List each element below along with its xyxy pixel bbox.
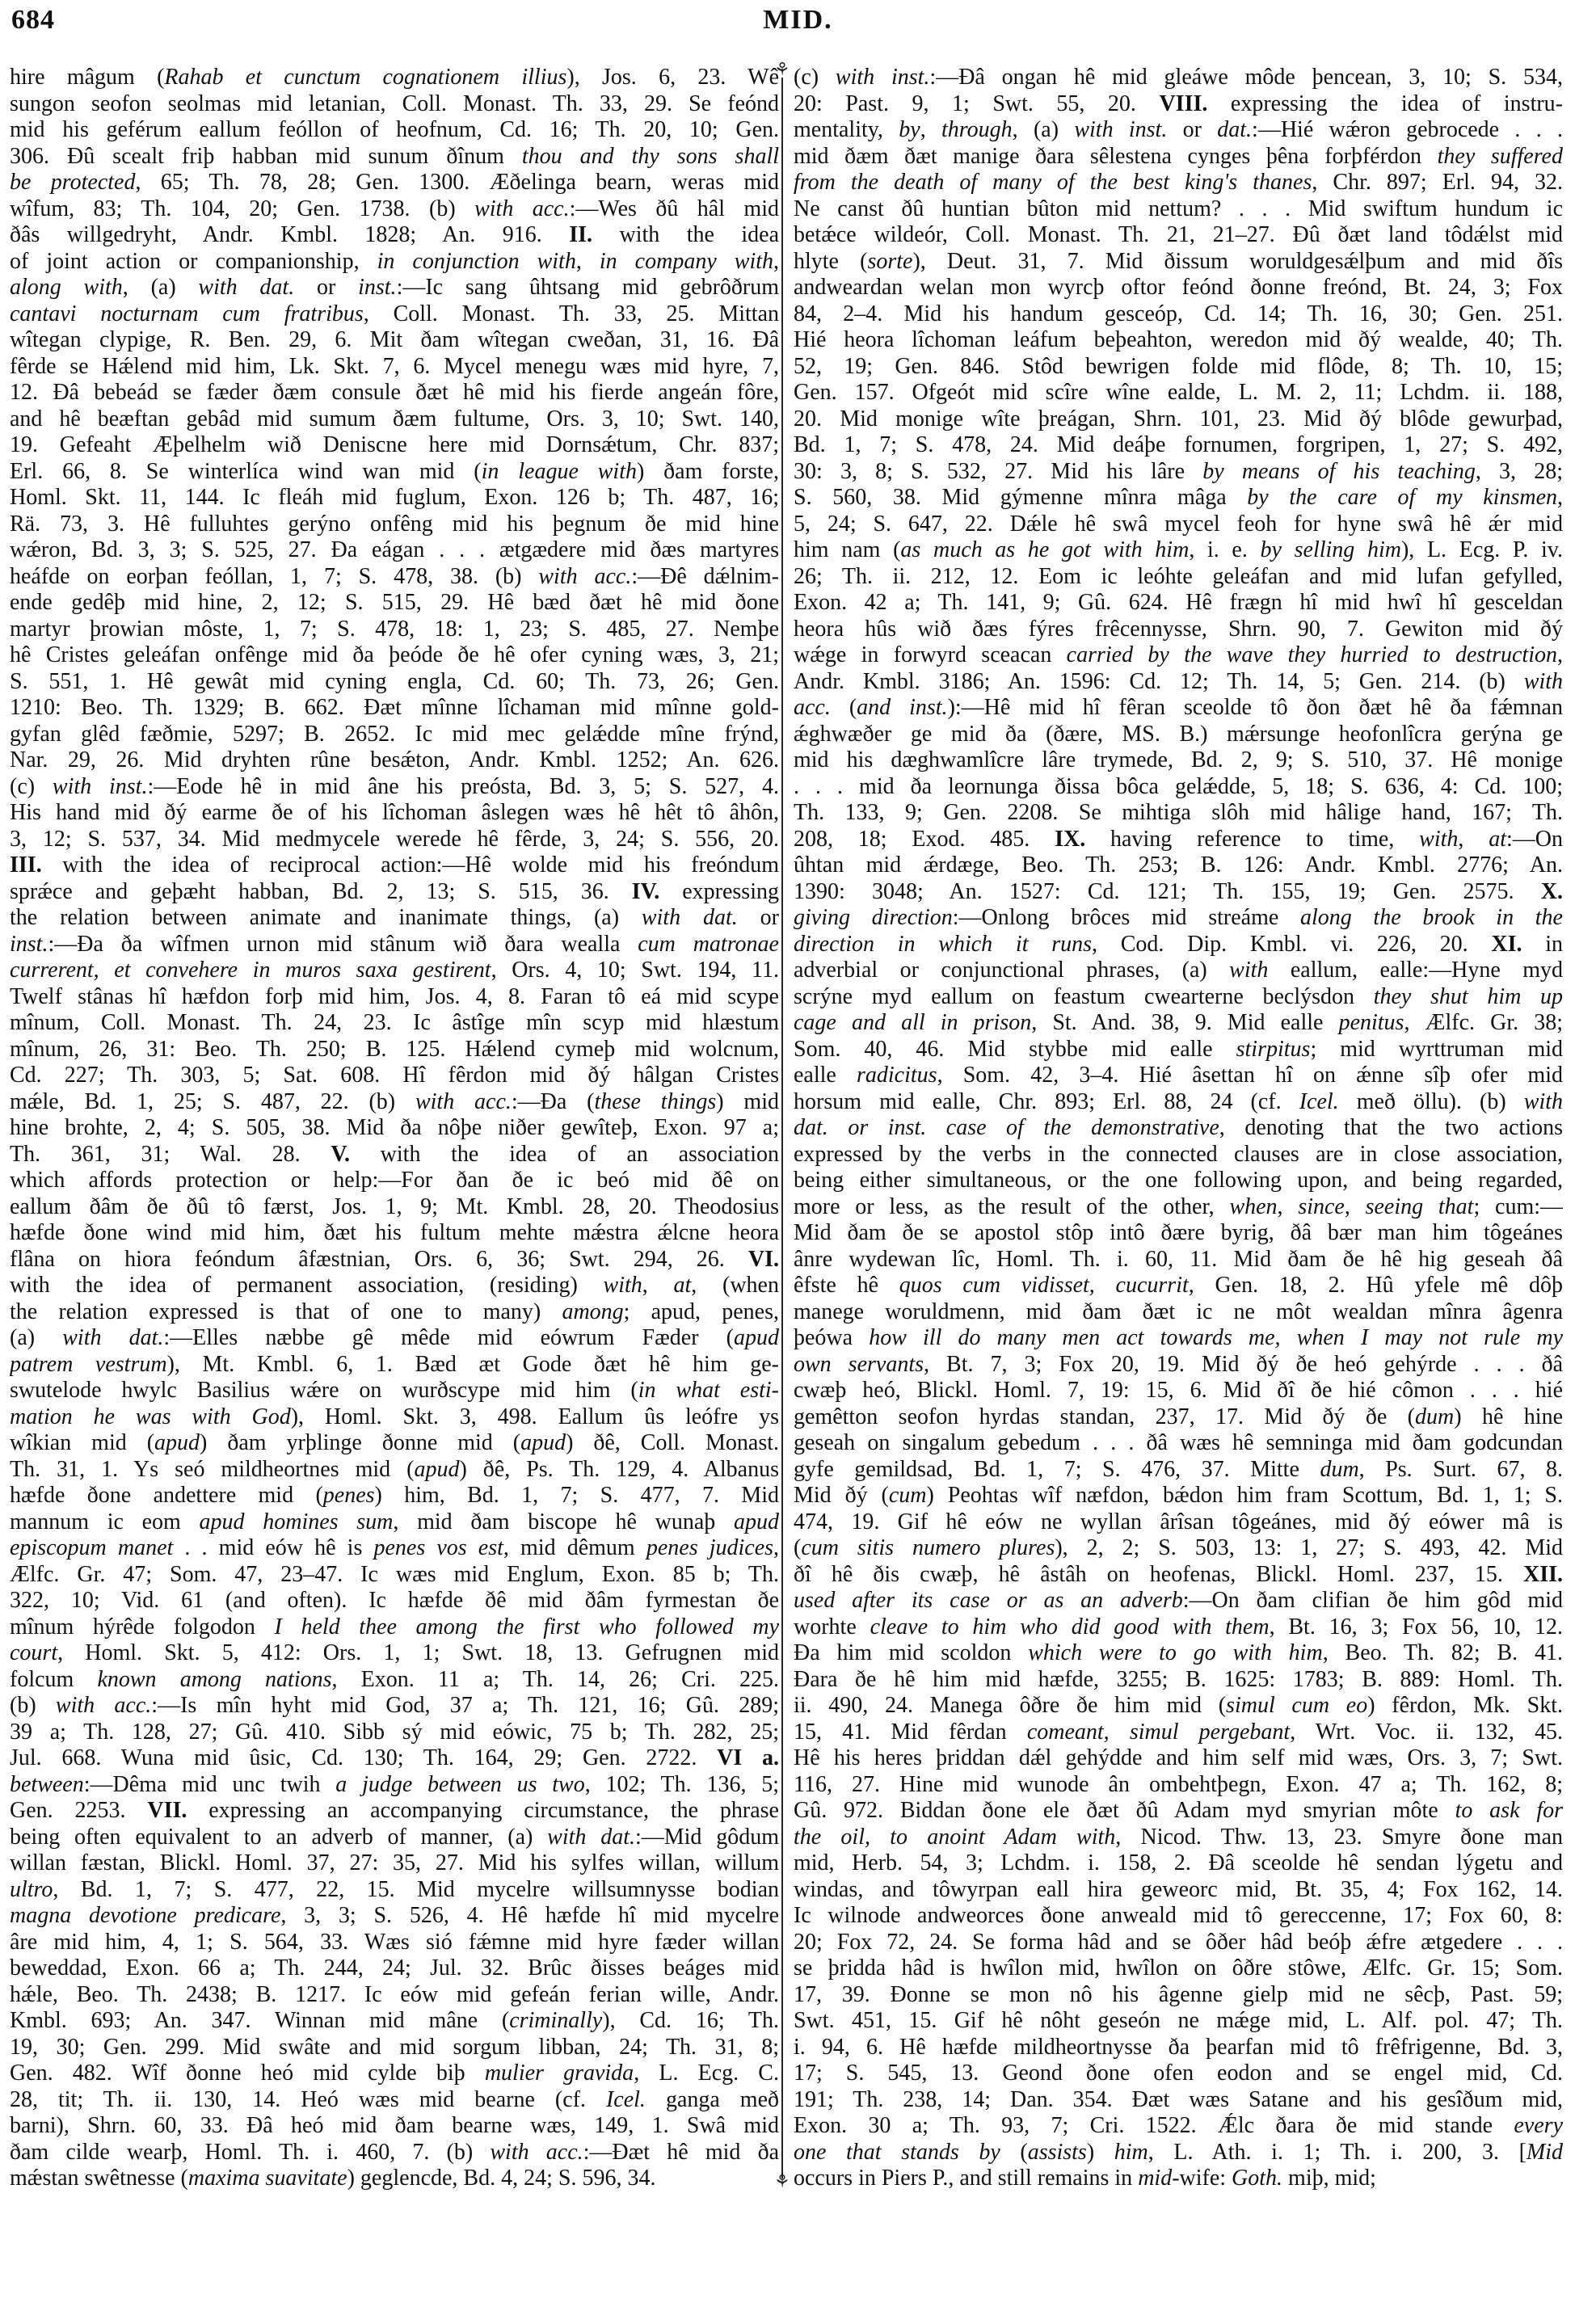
text-line: magna devotione predicare, 3, 3; S. 526,…: [10, 1903, 779, 1930]
text-line: the relation expressed is that of one to…: [10, 1299, 779, 1326]
text-line: hê Cristes geleáfan onfênge mid ða þeóde…: [10, 642, 779, 669]
text-line: ii. 490, 24. Manega ôðre ðe him mid (sim…: [794, 1693, 1563, 1720]
text-line: wîkian mid (apud) ðam yrþlinge ðonne mid…: [10, 1430, 779, 1457]
text-line: own servants, Bt. 7, 3; Fox 20, 19. Mid …: [794, 1352, 1563, 1379]
text-line: along with, (a) with dat. or inst.:—Ic s…: [10, 275, 779, 301]
running-head: MID.: [0, 5, 1596, 36]
text-line: occurs in Piers P., and still remains in…: [794, 2166, 1563, 2192]
text-line: 19, 30; Gen. 299. Mid swâte and mid sorg…: [10, 2035, 779, 2061]
text-line: beweddad, Exon. 66 a; Th. 244, 24; Jul. …: [10, 1955, 779, 1982]
text-line: sprǽce and geþæht habban, Bd. 2, 13; S. …: [10, 879, 779, 906]
text-line: mid his dæghwamlîcre lâre trymede, Bd. 2…: [794, 747, 1563, 774]
text-line: mid ðæm ðæt manige ðara sêlestena cynges…: [794, 144, 1563, 170]
text-line: manege woruldmenn, mid ðam ðæt ic ne môt…: [794, 1299, 1563, 1326]
text-line: direction in which it runs, Cod. Dip. Km…: [794, 932, 1563, 958]
text-line: ealle radicitus, Som. 42, 3–4. Hié âsett…: [794, 1063, 1563, 1089]
text-line: 30: 3, 8; S. 532, 27. Mid his lâre by me…: [794, 459, 1563, 486]
text-line: Hê his heres þriddan dǽl gehýdde and him…: [794, 1745, 1563, 1772]
text-line: mǽle, Bd. 1, 25; S. 487, 22. (b) with ac…: [10, 1089, 779, 1116]
column-divider: [781, 78, 783, 2178]
text-line: mînum, Coll. Monast. Th. 24, 23. Ic âstî…: [10, 1010, 779, 1037]
text-line: âre mid him, 4, 1; S. 564, 33. Wæs sió f…: [10, 1930, 779, 1956]
text-line: mid his geférum eallum feóllon of heofnu…: [10, 117, 779, 144]
text-line: wîtegan clypige, R. Ben. 29, 6. Mit ðam …: [10, 327, 779, 354]
text-line: Ne canst ðû huntian bûton mid nettum? . …: [794, 196, 1563, 223]
text-line: worhte cleave to him who did good with t…: [794, 1614, 1563, 1641]
text-line: Gen. 482. Wîf ðonne heó mid cylde biþ mu…: [10, 2061, 779, 2087]
text-line: 52, 19; Gen. 846. Stôd bewrigen folde mi…: [794, 354, 1563, 381]
text-line: betǽce wildeór, Coll. Monast. Th. 21, 21…: [794, 222, 1563, 249]
text-line: 1390: 3048; An. 1527: Cd. 121; Th. 155, …: [794, 879, 1563, 906]
text-line: Gû. 972. Biddan ðone ele ðæt ðû Adam myd…: [794, 1798, 1563, 1825]
text-line: 15, 41. Mid fêrdan comeant, simul pergeb…: [794, 1720, 1563, 1746]
text-line: dat. or inst. case of the demonstrative,…: [794, 1115, 1563, 1142]
text-line: martyr þrowian môste, 1, 7; S. 478, 18: …: [10, 617, 779, 643]
text-line: Ða him mid scoldon which were to go with…: [794, 1640, 1563, 1667]
text-line: Ðara ðe hê him mid hæfde, 3255; B. 1625:…: [794, 1667, 1563, 1694]
text-line: þeówa how ill do many men act towards me…: [794, 1325, 1563, 1352]
text-line: adverbial or conjunctional phrases, (a) …: [794, 958, 1563, 984]
text-line: 12. Ðâ bebeád se fæder ðæm consule ðæt h…: [10, 380, 779, 406]
text-line: i. 94, 6. Hê hæfde mildheortnysse ða þea…: [794, 2035, 1563, 2061]
text-line: Homl. Skt. 11, 144. Ic fleáh mid fuglum,…: [10, 485, 779, 511]
text-line: the relation between animate and inanima…: [10, 905, 779, 932]
text-line: ûhtan mid ǽrdæge, Beo. Th. 253; B. 126: …: [794, 852, 1563, 879]
text-line: wǽron, Bd. 3, 3; S. 525, 27. Ða eágan . …: [10, 537, 779, 564]
text-line: 28, tit; Th. ii. 130, 14. Heó wæs mid be…: [10, 2087, 779, 2114]
text-line: wîfum, 83; Th. 104, 20; Gen. 1738. (b) w…: [10, 196, 779, 223]
text-line: between:—Dêma mid unc twih a judge betwe…: [10, 1772, 779, 1799]
text-line: S. 551, 1. Hê gewât mid cyning engla, Cd…: [10, 669, 779, 696]
text-line: more or less, as the result of the other…: [794, 1194, 1563, 1221]
text-line: gyfe gemildsad, Bd. 1, 7; S. 476, 37. Mi…: [794, 1457, 1563, 1484]
text-line: Ic wilnode andweorces ðone anweald mid t…: [794, 1903, 1563, 1930]
text-line: Andr. Kmbl. 3186; An. 1596: Cd. 12; Th. …: [794, 669, 1563, 696]
text-line: hire mâgum (Rahab et cunctum cognationem…: [10, 65, 779, 91]
text-line: (c) with inst.:—Eode hê in mid âne his p…: [10, 774, 779, 801]
text-line: 116, 27. Hine mid wunode ân ombehtþegn, …: [794, 1772, 1563, 1799]
text-line: 20; Fox 72, 24. Se forma hâd and se ôðer…: [794, 1930, 1563, 1956]
text-line: with the idea of permanent association, …: [10, 1273, 779, 1299]
text-line: 39 a; Th. 128, 27; Gû. 410. Sibb sý mid …: [10, 1720, 779, 1746]
text-line: Som. 40, 46. Mid stybbe mid ealle stirpi…: [794, 1037, 1563, 1063]
text-line: ultro, Bd. 1, 7; S. 477, 22, 15. Mid myc…: [10, 1877, 779, 1904]
text-line: being either simultaneous, or the one fo…: [794, 1168, 1563, 1194]
text-line: His hand mid ðý earme ðe of his lîchoman…: [10, 800, 779, 827]
text-line: ðî hê ðis cwæþ, hê âstâh on heofenas, Bl…: [794, 1562, 1563, 1589]
text-line: S. 560, 38. Mid gýmenne mînra mâga by th…: [794, 485, 1563, 511]
text-line: heáfde on eorþan feóllan, 1, 7; S. 478, …: [10, 564, 779, 591]
text-line: patrem vestrum), Mt. Kmbl. 6, 1. Bæd æt …: [10, 1352, 779, 1379]
text-line: 5, 24; S. 647, 22. Dǽle hê swâ mycel feo…: [794, 511, 1563, 538]
text-line: Th. 133, 9; Gen. 2208. Se mihtiga slôh m…: [794, 800, 1563, 827]
text-line: andweardan welan mon wyrcþ oftor feónd ð…: [794, 275, 1563, 301]
text-line: cantavi nocturnam cum fratribus, Coll. M…: [10, 301, 779, 328]
text-line: be protected, 65; Th. 78, 28; Gen. 1300.…: [10, 170, 779, 196]
text-line: 1210: Beo. Th. 1329; B. 662. Ðæt mînne l…: [10, 695, 779, 722]
text-line: 17, 39. Ðonne se mon nô his âgenne gielp…: [794, 1982, 1563, 2009]
text-line: hæfde ðone andettere mid (penes) him, Bd…: [10, 1483, 779, 1509]
text-line: mǽstan swêtnesse (maxima suavitate) gegl…: [10, 2166, 779, 2192]
text-line: Th. 31, 1. Ys seó mildheortnes mid (apud…: [10, 1457, 779, 1484]
text-line: Mid ðý (cum) Peohtas wîf næfdon, bǽdon h…: [794, 1483, 1563, 1509]
text-line: ðam cilde wearþ, Homl. Th. i. 460, 7. (b…: [10, 2140, 779, 2166]
text-line: mid, Herb. 54, 3; Lchdm. i. 158, 2. Ðâ s…: [794, 1850, 1563, 1877]
text-line: mation he was with God), Homl. Skt. 3, 4…: [10, 1404, 779, 1431]
text-line: Gen. 157. Ofgeót mid scîre wîne ealde, L…: [794, 380, 1563, 406]
text-line: gemêtton seofon hyrdas standan, 237, 17.…: [794, 1404, 1563, 1431]
text-line: willan fæstan, Blickl. Homl. 37, 27: 35,…: [10, 1850, 779, 1877]
text-line: Twelf stânas hî hæfdon forþ mid him, Jos…: [10, 984, 779, 1011]
text-line: 26; Th. ii. 212, 12. Eom ic leóhte geleá…: [794, 564, 1563, 591]
text-line: windas, and tôwyrpan eall hira geweorc m…: [794, 1877, 1563, 1904]
text-line: ðâs willgedryht, Andr. Kmbl. 1828; An. 9…: [10, 222, 779, 249]
text-line: êfste hê quos cum vidisset, cucurrit, Ge…: [794, 1273, 1563, 1299]
text-line: being often equivalent to an adverb of m…: [10, 1825, 779, 1851]
text-line: wǽge in forwyrd sceacan carried by the w…: [794, 642, 1563, 669]
text-line: Gen. 2253. VII. expressing an accompanyi…: [10, 1798, 779, 1825]
text-line: Kmbl. 693; An. 347. Winnan mid mâne (cri…: [10, 2008, 779, 2035]
text-line: folcum known among nations, Exon. 11 a; …: [10, 1667, 779, 1694]
text-line: se þridda hâd is hwîlon mid, hwîlon on ô…: [794, 1955, 1563, 1982]
text-line: hlyte (sorte), Deut. 31, 7. Mid ðissum w…: [794, 249, 1563, 276]
ornament-bottom-icon: ⚘: [774, 2174, 790, 2191]
text-line: (a) with dat.:—Elles næbbe gê mêde mid e…: [10, 1325, 779, 1352]
text-line: swutelode hwylc Basilius wǽre on wurðscy…: [10, 1378, 779, 1404]
text-line: Exon. 42 a; Th. 141, 9; Gû. 624. Hê fræg…: [794, 590, 1563, 617]
text-line: Cd. 227; Th. 303, 5; Sat. 608. Hî fêrdon…: [10, 1063, 779, 1089]
text-line: 306. Ðû scealt friþ habban mid sunum ðîn…: [10, 144, 779, 170]
text-line: Nar. 29, 26. Mid dryhten rûne besǽton, A…: [10, 747, 779, 774]
text-line: sungon seofon seolmas mid letanian, Coll…: [10, 91, 779, 118]
text-line: Erl. 66, 8. Se winterlíca wind wan mid (…: [10, 459, 779, 486]
text-line: gyfan glêd fæðmie, 5297; B. 2652. Ic mid…: [10, 722, 779, 748]
text-line: 322, 10; Vid. 61 (and often). Ic hæfde ð…: [10, 1588, 779, 1614]
text-line: the oil, to anoint Adam with, Nicod. Thw…: [794, 1825, 1563, 1851]
text-line: expressed by the verbs in the connected …: [794, 1142, 1563, 1168]
text-line: mannum ic eom apud homines sum, mid ðam …: [10, 1509, 779, 1536]
text-line: currerent, et convehere in muros saxa ge…: [10, 958, 779, 984]
text-line: hæfde ðone wind mid him, ðæt his fultum …: [10, 1220, 779, 1247]
column-left: hire mâgum (Rahab et cunctum cognationem…: [10, 65, 779, 2192]
text-line: Th. 361, 31; Wal. 28. V. with the idea o…: [10, 1142, 779, 1168]
text-line: III. with the idea of reciprocal action:…: [10, 852, 779, 879]
text-line: Ælfc. Gr. 47; Som. 47, 23–47. Ic wæs mid…: [10, 1562, 779, 1589]
text-line: which affords protection or help:—For ða…: [10, 1168, 779, 1194]
text-line: Rä. 73, 3. Hê fulluhtes gerýno onfêng mi…: [10, 511, 779, 538]
text-line: him nam (as much as he got with him, i. …: [794, 537, 1563, 564]
text-line: 84, 2–4. Mid his handum gesceóp, Cd. 14;…: [794, 301, 1563, 328]
text-line: used after its case or as an adverb:—On …: [794, 1588, 1563, 1614]
text-line: Jul. 668. Wuna mid ûsic, Cd. 130; Th. 16…: [10, 1745, 779, 1772]
text-line: ende gedêþ mid hine, 2, 12; S. 515, 29. …: [10, 590, 779, 617]
text-line: 208, 18; Exod. 485. IX. having reference…: [794, 827, 1563, 853]
text-line: acc. (and inst.):—Hê mid hî fêran sceold…: [794, 695, 1563, 722]
text-line: court, Homl. Skt. 5, 412: Ors. 1, 1; Swt…: [10, 1640, 779, 1667]
text-line: 17; S. 545, 13. Geond ðone ofen eodon an…: [794, 2061, 1563, 2087]
text-line: 191; Th. 238, 14; Dan. 354. Ðæt wæs Sata…: [794, 2087, 1563, 2114]
text-line: cwæþ heó, Blickl. Homl. 7, 19: 15, 6. Mi…: [794, 1378, 1563, 1404]
text-line: fêrde se Hǽlend mid him, Lk. Skt. 7, 6. …: [10, 354, 779, 381]
text-line: episcopum manet . . mid eów hê is penes …: [10, 1535, 779, 1562]
text-line: geseah on singalum gebedum . . . ðâ wæs …: [794, 1430, 1563, 1457]
text-line: (cum sitis numero plures), 2, 2; S. 503,…: [794, 1535, 1563, 1562]
text-line: Bd. 1, 7; S. 478, 24. Mid deáþe fornumen…: [794, 432, 1563, 459]
text-line: mentality, by, through, (a) with inst. o…: [794, 117, 1563, 144]
text-line: Exon. 30 a; Th. 93, 7; Cri. 1522. Ǽlc ða…: [794, 2113, 1563, 2140]
text-line: mînum, 26, 31: Beo. Th. 250; B. 125. Hǽl…: [10, 1037, 779, 1063]
text-line: 19. Gefeaht Æþelhelm wið Deniscne here m…: [10, 432, 779, 459]
text-line: (c) with inst.:—Ðâ ongan hê mid gleáwe m…: [794, 65, 1563, 91]
text-line: flâna on hiora feóndum âfæstnian, Ors. 6…: [10, 1247, 779, 1273]
text-line: . . . mid ða leornunga ðissa bôca gelǽdd…: [794, 774, 1563, 801]
text-line: Swt. 451, 15. Gif hê nôht geseón ne mǽge…: [794, 2008, 1563, 2035]
text-line: ânre wydewan lîc, Homl. Th. i. 60, 11. M…: [794, 1247, 1563, 1273]
text-line: Hié heora lîchoman leáfum beþeahton, wer…: [794, 327, 1563, 354]
text-line: eallum ðâm ðe ðû tô færst, Jos. 1, 9; Mt…: [10, 1194, 779, 1221]
text-line: barni), Shrn. 60, 33. Ðâ heó mid ðam bea…: [10, 2113, 779, 2140]
text-line: Mid ðam ðe se apostol stôp intô ðære byr…: [794, 1220, 1563, 1247]
text-line: 20. Mid monige wîte þreágan, Shrn. 101, …: [794, 406, 1563, 433]
text-line: horsum mid ealle, Chr. 893; Erl. 88, 24 …: [794, 1089, 1563, 1116]
text-line: 474, 19. Gif hê eów ne wyllan ârîsan tôg…: [794, 1509, 1563, 1536]
text-line: 3, 12; S. 537, 34. Mid medmycele werede …: [10, 827, 779, 853]
text-line: scrýne myd eallum on feastum cwearterne …: [794, 984, 1563, 1011]
column-right: (c) with inst.:—Ðâ ongan hê mid gleáwe m…: [794, 65, 1563, 2192]
text-line: 20: Past. 9, 1; Swt. 55, 20. VIII. expre…: [794, 91, 1563, 118]
text-line: and hê beæftan gebâd mid sumum ðæm fultu…: [10, 406, 779, 433]
text-line: mînum hýrêde folgodon I held thee among …: [10, 1614, 779, 1641]
ornament-top-icon: ⚘: [774, 61, 790, 79]
text-line: heora hûs wið ðæs fýres frêcennysse, Shr…: [794, 617, 1563, 643]
text-line: hǽle, Beo. Th. 2438; B. 1217. Ic eów mid…: [10, 1982, 779, 2009]
text-line: (b) with acc.:—Is mîn hyht mid God, 37 a…: [10, 1693, 779, 1720]
text-line: one that stands by (assists) him, L. Ath…: [794, 2140, 1563, 2166]
text-line: cage and all in prison, St. And. 38, 9. …: [794, 1010, 1563, 1037]
text-line: giving direction:—Onlong brôces mid stre…: [794, 905, 1563, 932]
text-line: inst.:—Ða ða wîfmen urnon mid stânum wið…: [10, 932, 779, 958]
text-line: ǽghwæðer ge mid ða (ðære, MS. B.) mǽrsun…: [794, 722, 1563, 748]
text-line: hine brohte, 2, 4; S. 505, 38. Mid ða nô…: [10, 1115, 779, 1142]
text-line: from the death of many of the best king'…: [794, 170, 1563, 196]
text-line: of joint action or companionship, in con…: [10, 249, 779, 276]
